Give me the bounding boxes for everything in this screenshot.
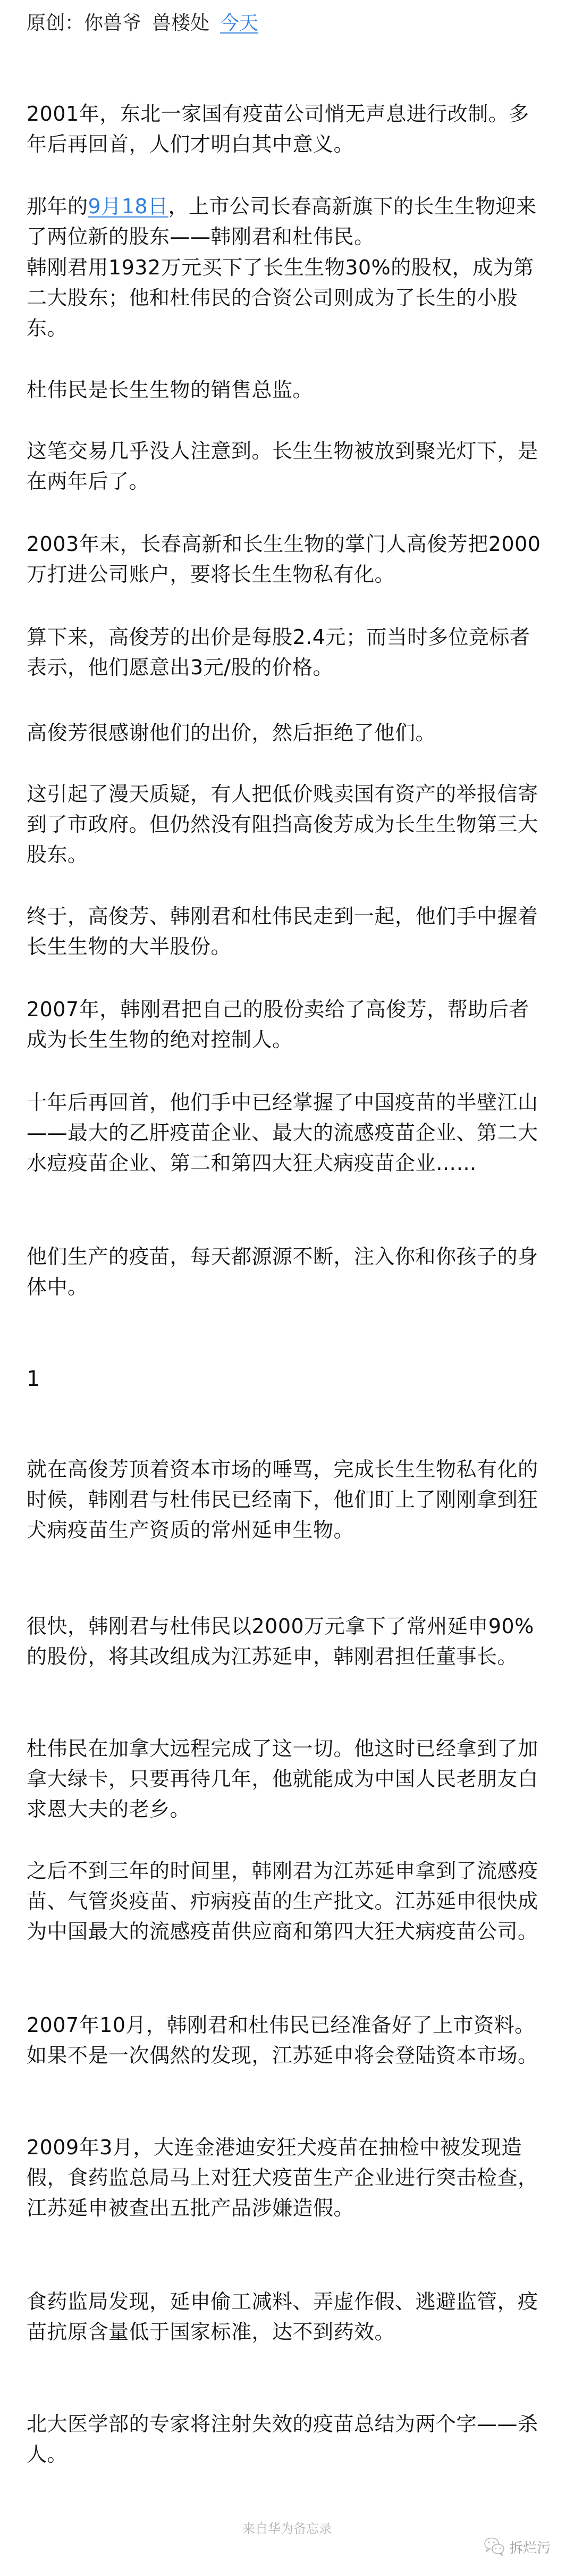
paragraph: 很快，韩刚君与杜伟民以2000万元拿下了常州延申90%的股份，将其改组成为江苏延… <box>27 1611 547 1672</box>
paragraph: 十年后再回首，他们手中已经掌握了中国疫苗的半壁江山——最大的乙肝疫苗企业、最大的… <box>27 1088 547 1178</box>
paragraph: 这引起了漫天质疑，有人把低价贱卖国有资产的举报信寄到了市政府。但仍然没有阻挡高俊… <box>27 779 547 870</box>
source-note: 来自华为备忘录 <box>0 2518 574 2537</box>
article-header: 原创：你兽爷兽楼处今天 <box>27 7 258 39</box>
watermark: 拆烂污 <box>484 2537 551 2557</box>
paragraph: 2003年末，长春高新和长生生物的掌门人高俊芳把2000万打进公司账户，要将长生… <box>27 529 547 590</box>
date-link-0918[interactable]: 9月18日 <box>88 195 168 218</box>
paragraph: 韩刚君用1932万元买下了长生生物30%的股权，成为第二大股东；他和杜伟民的合资… <box>27 253 547 344</box>
wechat-icon <box>484 2537 506 2557</box>
watermark-text: 拆烂污 <box>509 2537 551 2557</box>
paragraph: 2009年3月，大连金港迪安狂犬疫苗在抽检中被发现造假，食药监总局马上对狂犬疫苗… <box>27 2132 547 2223</box>
date-link[interactable]: 今天 <box>220 12 258 34</box>
paragraph: 杜伟民是长生生物的销售总监。 <box>27 375 547 405</box>
paragraph: 2007年，韩刚君把自己的股份卖给了高俊芳，帮助后者成为长生生物的绝对控制人。 <box>27 994 547 1055</box>
paragraph: 那年的9月18日，上市公司长春高新旗下的长生生物迎来了两位新的股东——韩刚君和杜… <box>27 191 547 252</box>
paragraph: 2001年，东北一家国有疫苗公司悄无声息进行改制。多年后再回首，人们才明白其中意… <box>27 99 547 160</box>
paragraph: 这笔交易几乎没人注意到。长生生物被放到聚光灯下，是在两年后了。 <box>27 436 547 497</box>
paragraph: 高俊芳很感谢他们的出价，然后拒绝了他们。 <box>27 718 547 748</box>
paragraph: 北大医学部的专家将注射失效的疫苗总结为两个字——杀人。 <box>27 2409 547 2470</box>
paragraph: 2007年10月，韩刚君和杜伟民已经准备好了上市资料。如果不是一次偶然的发现，江… <box>27 2010 547 2071</box>
paragraph: 之后不到三年的时间里，韩刚君为江苏延申拿到了流感疫苗、气管炎疫苗、疖病疫苗的生产… <box>27 1856 547 1947</box>
paragraph: 终于，高俊芳、韩刚君和杜伟民走到一起，他们手中握着长生生物的大半股份。 <box>27 901 547 962</box>
paragraph: 他们生产的疫苗，每天都源源不断，注入你和你孩子的身体中。 <box>27 1242 547 1302</box>
paragraph: 算下来，高俊芳的出价是每股2.4元；而当时多位竞标者表示，他们愿意出3元/股的价… <box>27 622 547 683</box>
section-number: 1 <box>27 1364 40 1394</box>
paragraph: 食药监局发现，延申偷工减料、弄虚作假、逃避监管，疫苗抗原含量低于国家标准，达不到… <box>27 2287 547 2347</box>
paragraph: 杜伟民在加拿大远程完成了这一切。他这时已经拿到了加拿大绿卡，只要再待几年，他就能… <box>27 1734 547 1825</box>
paragraph: 就在高俊芳顶着资本市场的唾骂，完成长生生物私有化的时候，韩刚君与杜伟民已经南下，… <box>27 1454 547 1545</box>
author-name: 你兽爷 <box>84 12 141 34</box>
account-name: 兽楼处 <box>152 12 209 34</box>
paragraph-text: 那年的 <box>27 195 88 218</box>
original-label: 原创： <box>27 12 84 34</box>
article-page: 原创：你兽爷兽楼处今天 2001年，东北一家国有疫苗公司悄无声息进行改制。多年后… <box>0 0 574 2576</box>
